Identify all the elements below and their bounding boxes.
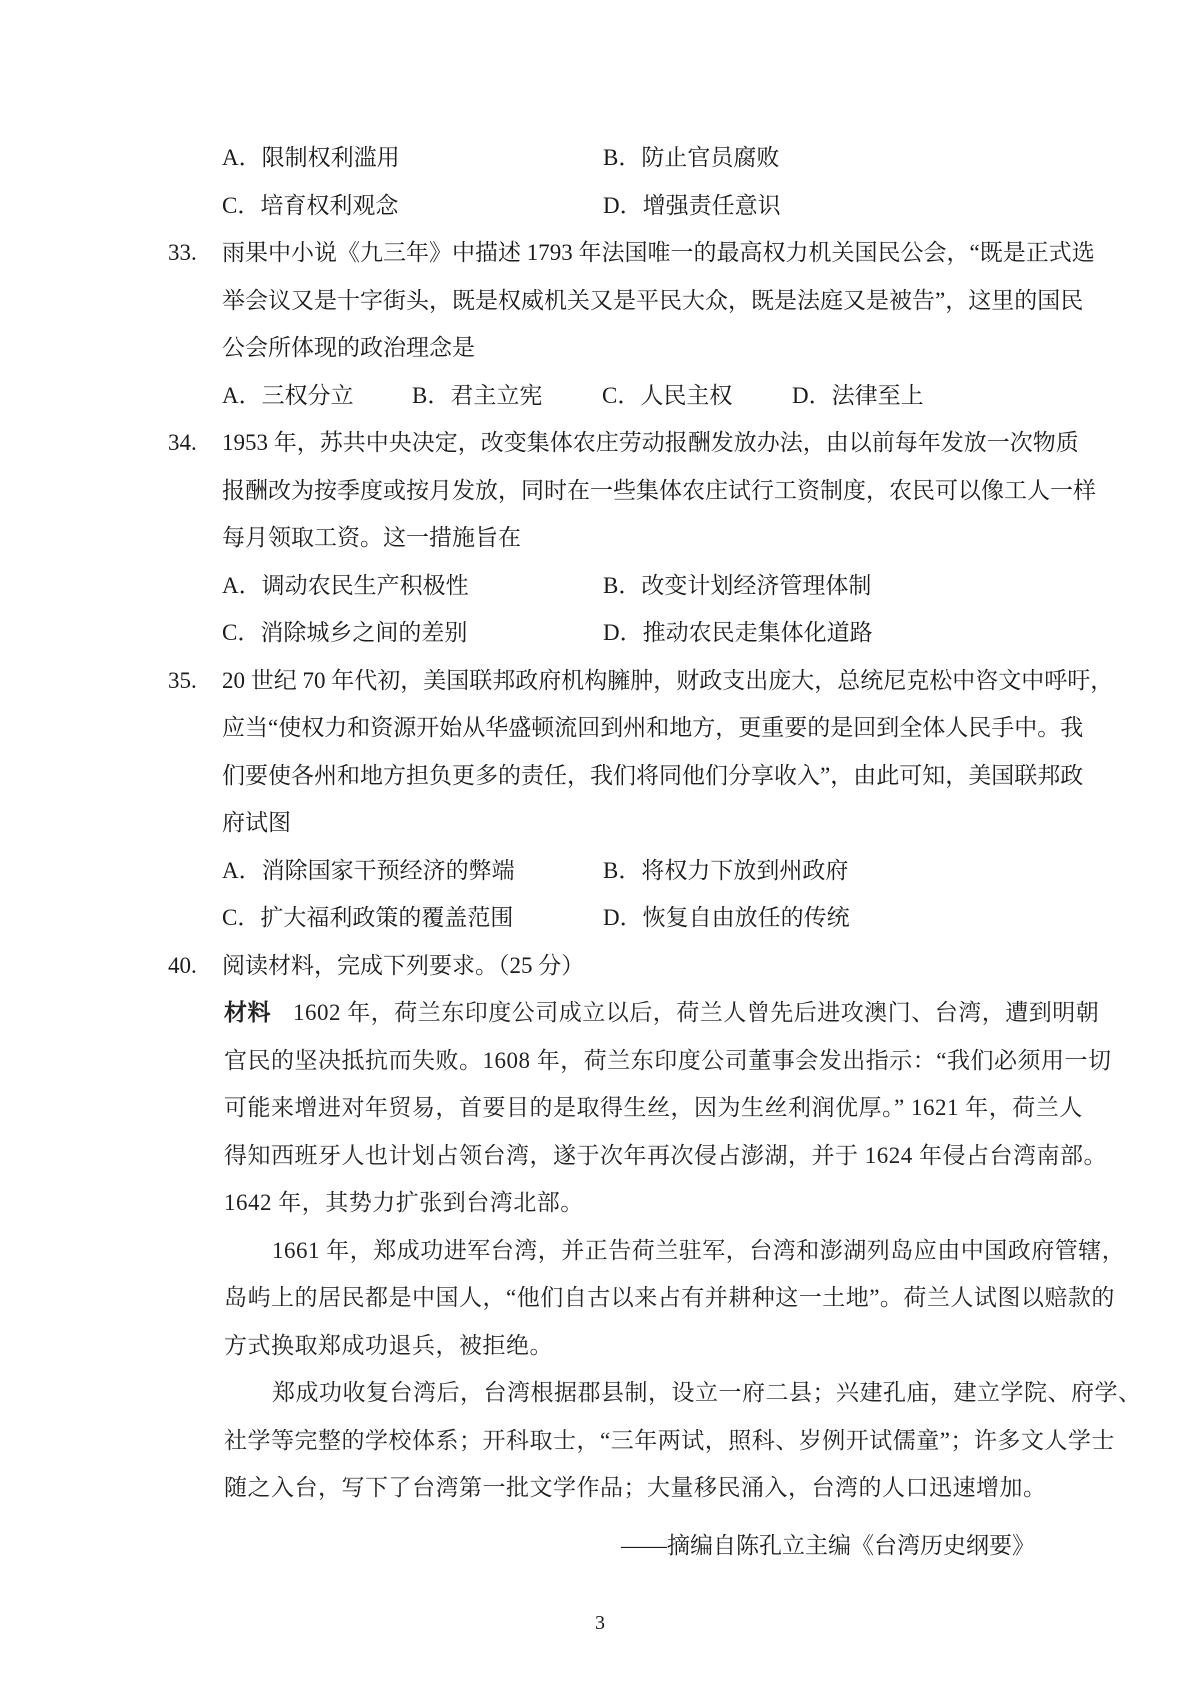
question-line: 40.阅读材料，完成下列要求。（25 分） <box>168 942 1035 990</box>
material-text: 1602 年，荷兰东印度公司成立以后，荷兰人曾先后进攻澳门、台湾，遭到明朝 <box>293 1000 1099 1025</box>
option-a: A．限制权利滥用 <box>222 134 603 182</box>
question-line: 每月领取工资。这一措施旨在 <box>168 514 1035 562</box>
option-c: C．消除城乡之间的差别 <box>222 609 603 657</box>
material-text: 得知西班牙人也计划占领台湾，遂于次年再次侵占澎湖，并于 1624 年侵占台湾南部… <box>224 1143 1107 1168</box>
material-line: 材料1602 年，荷兰东印度公司成立以后，荷兰人曾先后进攻澳门、台湾，遭到明朝 <box>224 989 1035 1037</box>
question-text: 报酬改为按季度或按月发放，同时在一些集体农庄试行工资制度，农民可以像工人一样 <box>222 478 1096 503</box>
option-d: D．增强责任意识 <box>603 182 781 230</box>
question-34-options-row-2: C．消除城乡之间的差别 D．推动农民走集体化道路 <box>168 609 1035 657</box>
material-label: 材料 <box>224 1000 271 1025</box>
material-text: 可能来增进对年贸易，首要目的是取得生丝，因为生丝利润优厚。” 1621 年，荷兰… <box>224 1095 1083 1120</box>
option-d: D．法律至上 <box>792 372 924 420</box>
material-line: 岛屿上的居民都是中国人，“他们自古以来占有并耕种这一土地”。荷兰人试图以赔款的 <box>224 1274 1035 1322</box>
carryover-options-row-2: C．培育权利观念 D．增强责任意识 <box>168 182 1035 230</box>
question-text: 们要使各州和地方担负更多的责任，我们将同他们分享收入”，由此可知，美国联邦政 <box>222 763 1083 788</box>
material-line: 郑成功收复台湾后，台湾根据郡县制，设立一府二县；兴建孔庙，建立学院、府学、 <box>224 1369 1035 1417</box>
material-text: 社学等完整的学校体系；开科取士，“三年两试，照科、岁例开试儒童”；许多文人学士 <box>224 1428 1115 1453</box>
question-text: 应当“使权力和资源开始从华盛顿流回到州和地方，更重要的是回到全体人民手中。我 <box>222 715 1083 740</box>
page-number: 3 <box>0 1608 1200 1638</box>
question-line: 33.雨果中小说《九三年》中描述 1793 年法国唯一的最高权力机关国民公会，“… <box>168 229 1035 277</box>
question-line: 35.20 世纪 70 年代初，美国联邦政府机构臃肿，财政支出庞大，总统尼克松中… <box>168 657 1035 705</box>
material-line: 方式换取郑成功退兵，被拒绝。 <box>224 1322 1035 1370</box>
option-c: C．人民主权 <box>602 372 792 420</box>
option-d: D．推动农民走集体化道路 <box>603 609 873 657</box>
question-line: 34.1953 年，苏共中央决定，改变集体农庄劳动报酬发放办法，由以前每年发放一… <box>168 419 1035 467</box>
question-33-options: A．三权分立 B．君主立宪 C．人民主权 D．法律至上 <box>168 372 1035 420</box>
question-text: 举会议又是十字街头，既是权威机关又是平民大众，既是法庭又是被告”，这里的国民 <box>222 288 1083 313</box>
option-b: B．防止官员腐败 <box>603 134 779 182</box>
material-line: 得知西班牙人也计划占领台湾，遂于次年再次侵占澎湖，并于 1624 年侵占台湾南部… <box>224 1132 1035 1180</box>
option-a: A．调动农民生产积极性 <box>222 562 603 610</box>
question-33: 33.雨果中小说《九三年》中描述 1793 年法国唯一的最高权力机关国民公会，“… <box>168 229 1035 419</box>
question-line: 报酬改为按季度或按月发放，同时在一些集体农庄试行工资制度，农民可以像工人一样 <box>168 467 1035 515</box>
option-c: C．培育权利观念 <box>222 182 603 230</box>
question-line: 府试图 <box>168 799 1035 847</box>
question-number: 35. <box>168 657 222 705</box>
material-text: 随之入台，写下了台湾第一批文学作品；大量移民涌入，台湾的人口迅速增加。 <box>224 1475 1047 1500</box>
option-d: D．恢复自由放任的传统 <box>603 894 850 942</box>
question-line: 公会所体现的政治理念是 <box>168 324 1035 372</box>
material-line: 社学等完整的学校体系；开科取士，“三年两试，照科、岁例开试儒童”；许多文人学士 <box>224 1417 1035 1465</box>
question-line: 们要使各州和地方担负更多的责任，我们将同他们分享收入”，由此可知，美国联邦政 <box>168 752 1035 800</box>
material-text: 郑成功收复台湾后，台湾根据郡县制，设立一府二县；兴建孔庙，建立学院、府学、 <box>272 1380 1142 1405</box>
exam-page: A．限制权利滥用 B．防止官员腐败 C．培育权利观念 D．增强责任意识 33.雨… <box>0 0 1200 1698</box>
question-34-options-row-1: A．调动农民生产积极性 B．改变计划经济管理体制 <box>168 562 1035 610</box>
question-text: 每月领取工资。这一措施旨在 <box>222 525 521 550</box>
question-35-options-row-2: C．扩大福利政策的覆盖范围 D．恢复自由放任的传统 <box>168 894 1035 942</box>
question-number: 33. <box>168 229 222 277</box>
material-text: 官民的坚决抵抗而失败。1608 年，荷兰东印度公司董事会发出指示：“我们必须用一… <box>224 1048 1111 1073</box>
question-text: 阅读材料，完成下列要求。（25 分） <box>222 953 584 978</box>
material-line: 可能来增进对年贸易，首要目的是取得生丝，因为生丝利润优厚。” 1621 年，荷兰… <box>224 1084 1035 1132</box>
question-text: 1953 年，苏共中央决定，改变集体农庄劳动报酬发放办法，由以前每年发放一次物质 <box>222 430 1079 455</box>
question-35: 35.20 世纪 70 年代初，美国联邦政府机构臃肿，财政支出庞大，总统尼克松中… <box>168 657 1035 942</box>
material-passage: 材料1602 年，荷兰东印度公司成立以后，荷兰人曾先后进攻澳门、台湾，遭到明朝 … <box>224 989 1035 1512</box>
option-a: A．消除国家干预经济的弊端 <box>222 847 603 895</box>
question-text: 公会所体现的政治理念是 <box>222 335 475 360</box>
material-line: 随之入台，写下了台湾第一批文学作品；大量移民涌入，台湾的人口迅速增加。 <box>224 1464 1035 1512</box>
option-b: B．改变计划经济管理体制 <box>603 562 871 610</box>
material-line: 1661 年，郑成功进军台湾，并正告荷兰驻军，台湾和澎湖列岛应由中国政府管辖， <box>224 1227 1035 1275</box>
question-text: 雨果中小说《九三年》中描述 1793 年法国唯一的最高权力机关国民公会，“既是正… <box>222 240 1095 265</box>
material-text: 1642 年，其势力扩张到台湾北部。 <box>224 1190 584 1215</box>
option-a: A．三权分立 <box>222 372 412 420</box>
option-b: B．君主立宪 <box>412 372 602 420</box>
question-40: 40.阅读材料，完成下列要求。（25 分） <box>168 942 1035 990</box>
question-35-options-row-1: A．消除国家干预经济的弊端 B．将权力下放到州政府 <box>168 847 1035 895</box>
question-number: 34. <box>168 419 222 467</box>
material-text: 岛屿上的居民都是中国人，“他们自古以来占有并耕种这一土地”。荷兰人试图以赔款的 <box>224 1285 1115 1310</box>
material-line: 官民的坚决抵抗而失败。1608 年，荷兰东印度公司董事会发出指示：“我们必须用一… <box>224 1037 1035 1085</box>
option-b: B．将权力下放到州政府 <box>603 847 848 895</box>
material-attribution: ——摘编自陈孔立主编《台湾历史纲要》 <box>168 1522 1035 1570</box>
question-text: 府试图 <box>222 810 291 835</box>
option-c: C．扩大福利政策的覆盖范围 <box>222 894 603 942</box>
question-34: 34.1953 年，苏共中央决定，改变集体农庄劳动报酬发放办法，由以前每年发放一… <box>168 419 1035 657</box>
carryover-options-row-1: A．限制权利滥用 B．防止官员腐败 <box>168 134 1035 182</box>
question-line: 应当“使权力和资源开始从华盛顿流回到州和地方，更重要的是回到全体人民手中。我 <box>168 704 1035 752</box>
material-text: 1661 年，郑成功进军台湾，并正告荷兰驻军，台湾和澎湖列岛应由中国政府管辖， <box>272 1238 1125 1263</box>
material-line: 1642 年，其势力扩张到台湾北部。 <box>224 1179 1035 1227</box>
question-line: 举会议又是十字街头，既是权威机关又是平民大众，既是法庭又是被告”，这里的国民 <box>168 277 1035 325</box>
question-number: 40. <box>168 942 222 990</box>
page-content: A．限制权利滥用 B．防止官员腐败 C．培育权利观念 D．增强责任意识 33.雨… <box>0 0 1200 1569</box>
material-text: 方式换取郑成功退兵，被拒绝。 <box>224 1333 553 1358</box>
question-text: 20 世纪 70 年代初，美国联邦政府机构臃肿，财政支出庞大，总统尼克松中咨文中… <box>222 668 1113 693</box>
